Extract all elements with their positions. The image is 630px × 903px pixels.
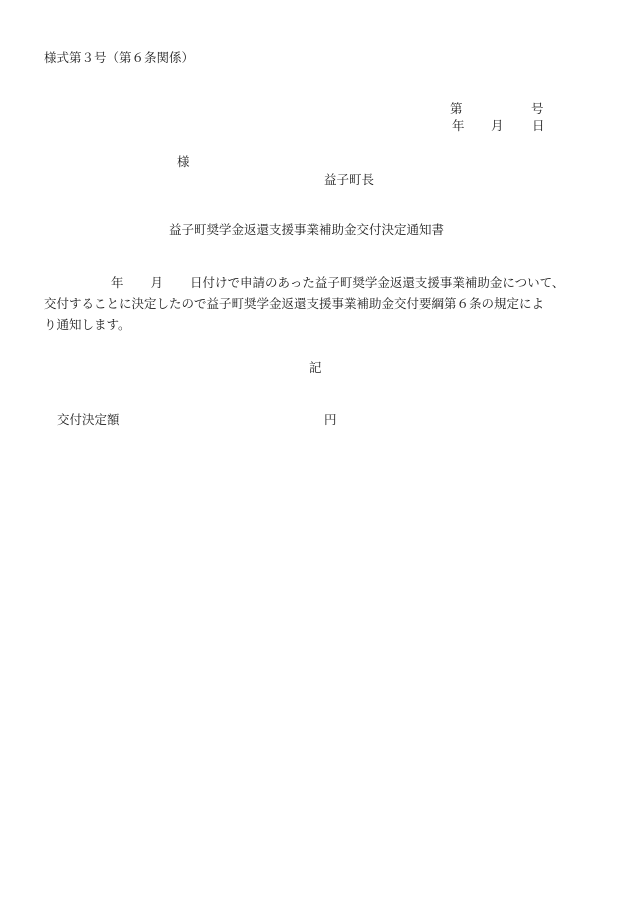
grant-amount-unit: 円 bbox=[324, 414, 337, 427]
document-number-suffix: 号 bbox=[531, 103, 544, 116]
body-line-3: り通知します。 bbox=[44, 314, 594, 335]
document-number-prefix: 第 bbox=[450, 103, 463, 116]
body-month: 月 bbox=[151, 275, 164, 290]
date-year: 年 bbox=[452, 120, 465, 133]
body-line-1-text: 日付けで申請のあった益子町奨学金返還支援事業補助金について、 bbox=[190, 275, 564, 290]
form-number: 様式第３号（第６条関係） bbox=[44, 52, 194, 65]
document-title: 益子町奨学金返還支援事業補助金交付決定通知書 bbox=[169, 224, 444, 237]
grant-amount-label: 交付決定額 bbox=[57, 414, 120, 427]
date-day: 日 bbox=[532, 120, 545, 133]
body-year: 年 bbox=[111, 275, 124, 290]
body-line-2: 交付することに決定したので益子町奨学金返還支援事業補助金交付要綱第６条の規定によ bbox=[44, 293, 594, 314]
note-heading: 記 bbox=[309, 362, 322, 375]
body-line-1: 年月日付けで申請のあった益子町奨学金返還支援事業補助金について、 bbox=[44, 272, 594, 293]
issuer: 益子町長 bbox=[324, 174, 374, 187]
recipient-suffix: 様 bbox=[177, 156, 190, 169]
body-paragraph: 年月日付けで申請のあった益子町奨学金返還支援事業補助金について、 交付することに… bbox=[44, 272, 594, 335]
date-month: 月 bbox=[491, 120, 504, 133]
